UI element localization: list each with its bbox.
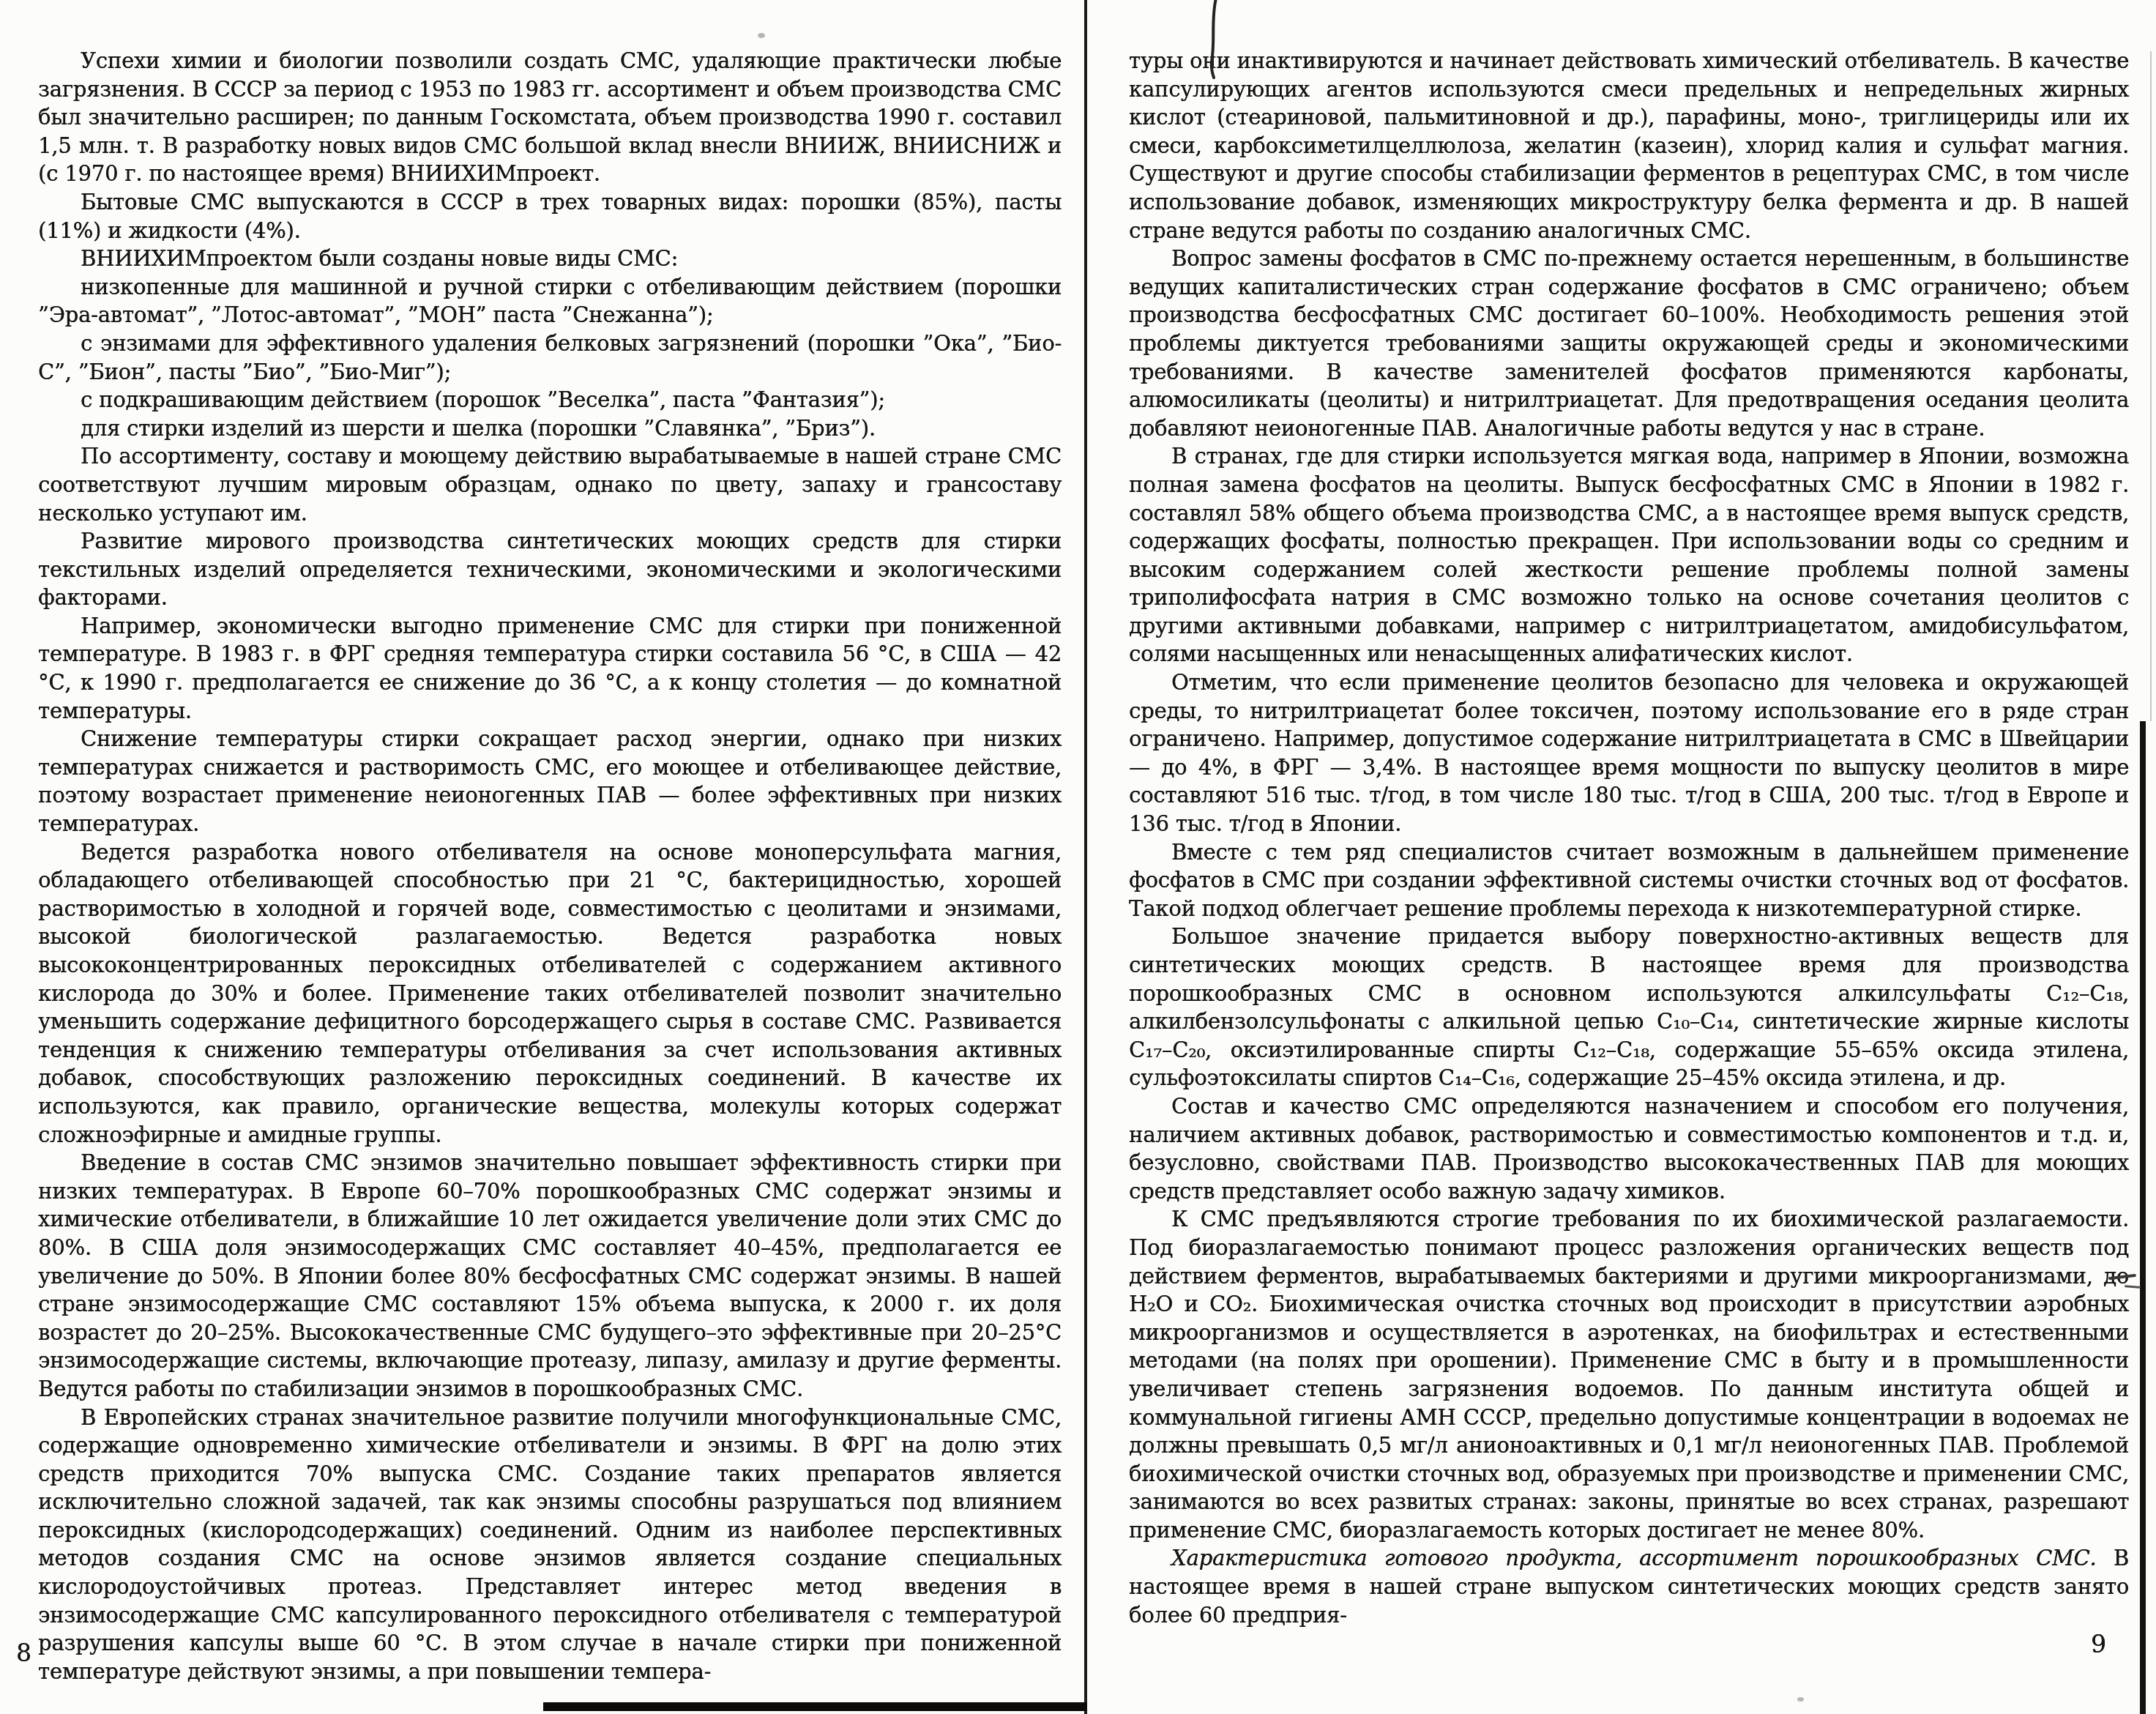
left-page-text-column: Успехи химии и биологии позволили создат… [38,47,1062,1685]
paragraph: Например, экономически выгодно применени… [38,612,1062,725]
scanned-book-spread: Успехи химии и биологии позволили создат… [0,0,2156,1714]
scan-speck [1029,60,1034,64]
paragraph: Отметим, что если применение цеолитов бе… [1129,668,2129,838]
scan-speck [1797,1697,1804,1702]
paragraph: туры они инактивируются и начинает дейст… [1129,47,2129,245]
paragraph: Бытовые СМС выпускаются в СССР в трех то… [38,188,1062,245]
right-page-text-column: туры они инактивируются и начинает дейст… [1129,47,2129,1629]
paragraph: Введение в состав СМС энзимов значительн… [38,1149,1062,1403]
paragraph: В странах, где для стирки используется м… [1129,442,2129,668]
paragraph: для стирки изделий из шерсти и шелка (по… [38,414,1062,443]
paragraph: Характеристика готового продукта, ассорт… [1129,1544,2129,1629]
paragraph: с подкрашивающим действием (порошок ”Вес… [38,386,1062,414]
paragraph: В Европейских странах значительное разви… [38,1404,1062,1686]
pen-mark-icon [1193,0,1237,79]
scan-edge-right-line [2140,721,2146,1714]
paragraph: Большое значение придается выбору поверх… [1129,923,2129,1092]
paragraph: Вопрос замены фосфатов в СМС по-прежнему… [1129,245,2129,442]
paragraph: По ассортименту, составу и моющему дейст… [38,442,1062,527]
paragraph: Успехи химии и биологии позволили создат… [38,47,1062,188]
paragraph: К СМС предъявляются строгие требования п… [1129,1205,2129,1544]
paragraph: с энзимами для эффективного удаления бел… [38,329,1062,386]
paragraph: Развитие мирового производства синтетиче… [38,527,1062,612]
paragraph: Снижение температуры стирки сокращает ра… [38,725,1062,838]
paragraph: Состав и качество СМС определяются назна… [1129,1092,2129,1205]
scan-speck [758,33,765,38]
page-number-left: 8 [16,1639,31,1667]
scan-edge-bottom-bar [543,1702,1087,1711]
paragraph: низкопенные для машинной и ручной стирки… [38,273,1062,329]
paragraph: Вместе с тем ряд специалистов считает во… [1129,838,2129,923]
scan-edge-right-faint-line [2150,51,2152,721]
paragraph: Ведется разработка нового отбеливателя н… [38,838,1062,1150]
page-number-right: 9 [2091,1630,2106,1658]
italic-lead: Характеристика готового продукта, ассорт… [1171,1546,2096,1570]
page-gutter-line [1084,0,1087,1714]
paragraph: ВНИИХИМпроектом были созданы новые виды … [38,245,1062,273]
